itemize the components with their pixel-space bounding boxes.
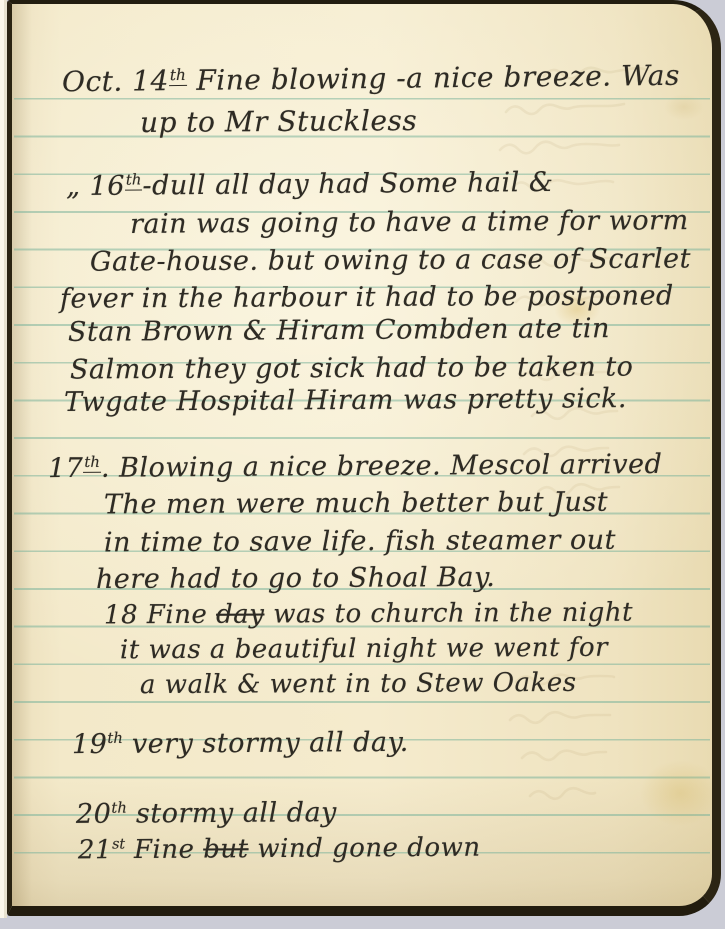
handwriting-text: in time to save life. fish steamer out	[104, 525, 616, 559]
ordinal-superscript: th	[107, 729, 123, 747]
handwriting-line: Stan Brown & Hiram Combden ate tin	[68, 310, 610, 352]
ordinal-superscript: st	[112, 836, 125, 852]
handwriting-line: up to Mr Stuckless	[140, 102, 417, 142]
handwriting-text: Stan Brown & Hiram Combden ate tin	[68, 313, 610, 348]
ordinal-superscript: th	[111, 799, 127, 817]
handwriting-line: in time to save life. fish steamer out	[104, 522, 616, 563]
handwriting-line: a walk & went in to Stew Oakes	[140, 664, 577, 704]
handwriting-line: Gate-house. but owing to a case of Scarl…	[90, 240, 691, 281]
handwriting-line: „ 16th-dull all day had Some hail &	[66, 164, 554, 206]
handwriting-text: rain was going to have a time for worm	[130, 205, 689, 240]
handwriting-text: Twgate Hospital Hiram was pretty sick.	[64, 383, 627, 418]
ordinal-superscript: th	[125, 170, 143, 190]
handwriting-text: Fine blowing -a nice breeze. Was	[187, 59, 680, 97]
handwriting-text: wind gone down	[248, 833, 480, 865]
page-stack-edge	[0, 0, 7, 918]
handwriting-text: a walk & went in to Stew Oakes	[140, 668, 577, 700]
handwriting-text: Oct. 14	[62, 64, 169, 98]
struck-out-word: but	[203, 834, 249, 864]
handwriting-text: -dull all day had Some hail &	[142, 167, 553, 202]
handwriting-text: 19	[72, 729, 108, 760]
handwriting-line: rain was going to have a time for worm	[130, 202, 689, 244]
handwriting-text: Gate-house. but owing to a case of Scarl…	[90, 243, 691, 277]
handwriting-line: here had to go to Shoal Bay.	[96, 559, 496, 599]
handwriting-text: 18 Fine	[104, 600, 216, 631]
handwriting-line: 19th very stormy all day.	[72, 724, 409, 764]
ordinal-superscript: th	[169, 66, 187, 86]
ordinal-superscript: th	[83, 453, 101, 473]
handwriting-text: was to church in the night	[264, 598, 633, 630]
handwriting-line: Oct. 14th Fine blowing -a nice breeze. W…	[62, 57, 680, 101]
handwriting-text: The men were much better but Just	[104, 487, 608, 521]
handwriting-line: 20th stormy all day	[76, 794, 337, 834]
handwriting-text: Fine	[125, 835, 203, 866]
handwriting-text: it was a beautiful night we went for	[120, 633, 608, 666]
struck-out-word: day	[216, 600, 265, 630]
handwriting-line: Twgate Hospital Hiram was pretty sick.	[64, 380, 627, 422]
handwriting-line: 17th. Blowing a nice breeze. Mescol arri…	[48, 446, 663, 488]
handwriting-text: „ 16	[66, 171, 125, 203]
handwriting-text: here had to go to Shoal Bay.	[96, 562, 496, 595]
handwriting-line: The men were much better but Just	[104, 484, 608, 525]
handwriting-text: 20	[76, 799, 112, 830]
handwriting-text: 21	[78, 835, 112, 865]
handwriting-text: 17	[48, 453, 84, 484]
notebook-page: Oct. 14th Fine blowing -a nice breeze. W…	[7, 0, 721, 916]
scanned-diary-page: Oct. 14th Fine blowing -a nice breeze. W…	[0, 0, 725, 929]
handwriting-text: very stormy all day.	[123, 727, 409, 760]
handwriting-layer: Oct. 14th Fine blowing -a nice breeze. W…	[12, 4, 712, 906]
handwriting-line: 21st Fine but wind gone down	[78, 829, 481, 870]
handwriting-text: . Blowing a nice breeze. Mescol arrived	[101, 449, 663, 484]
handwriting-text: stormy all day	[127, 797, 337, 829]
handwriting-text: up to Mr Stuckless	[140, 104, 417, 139]
